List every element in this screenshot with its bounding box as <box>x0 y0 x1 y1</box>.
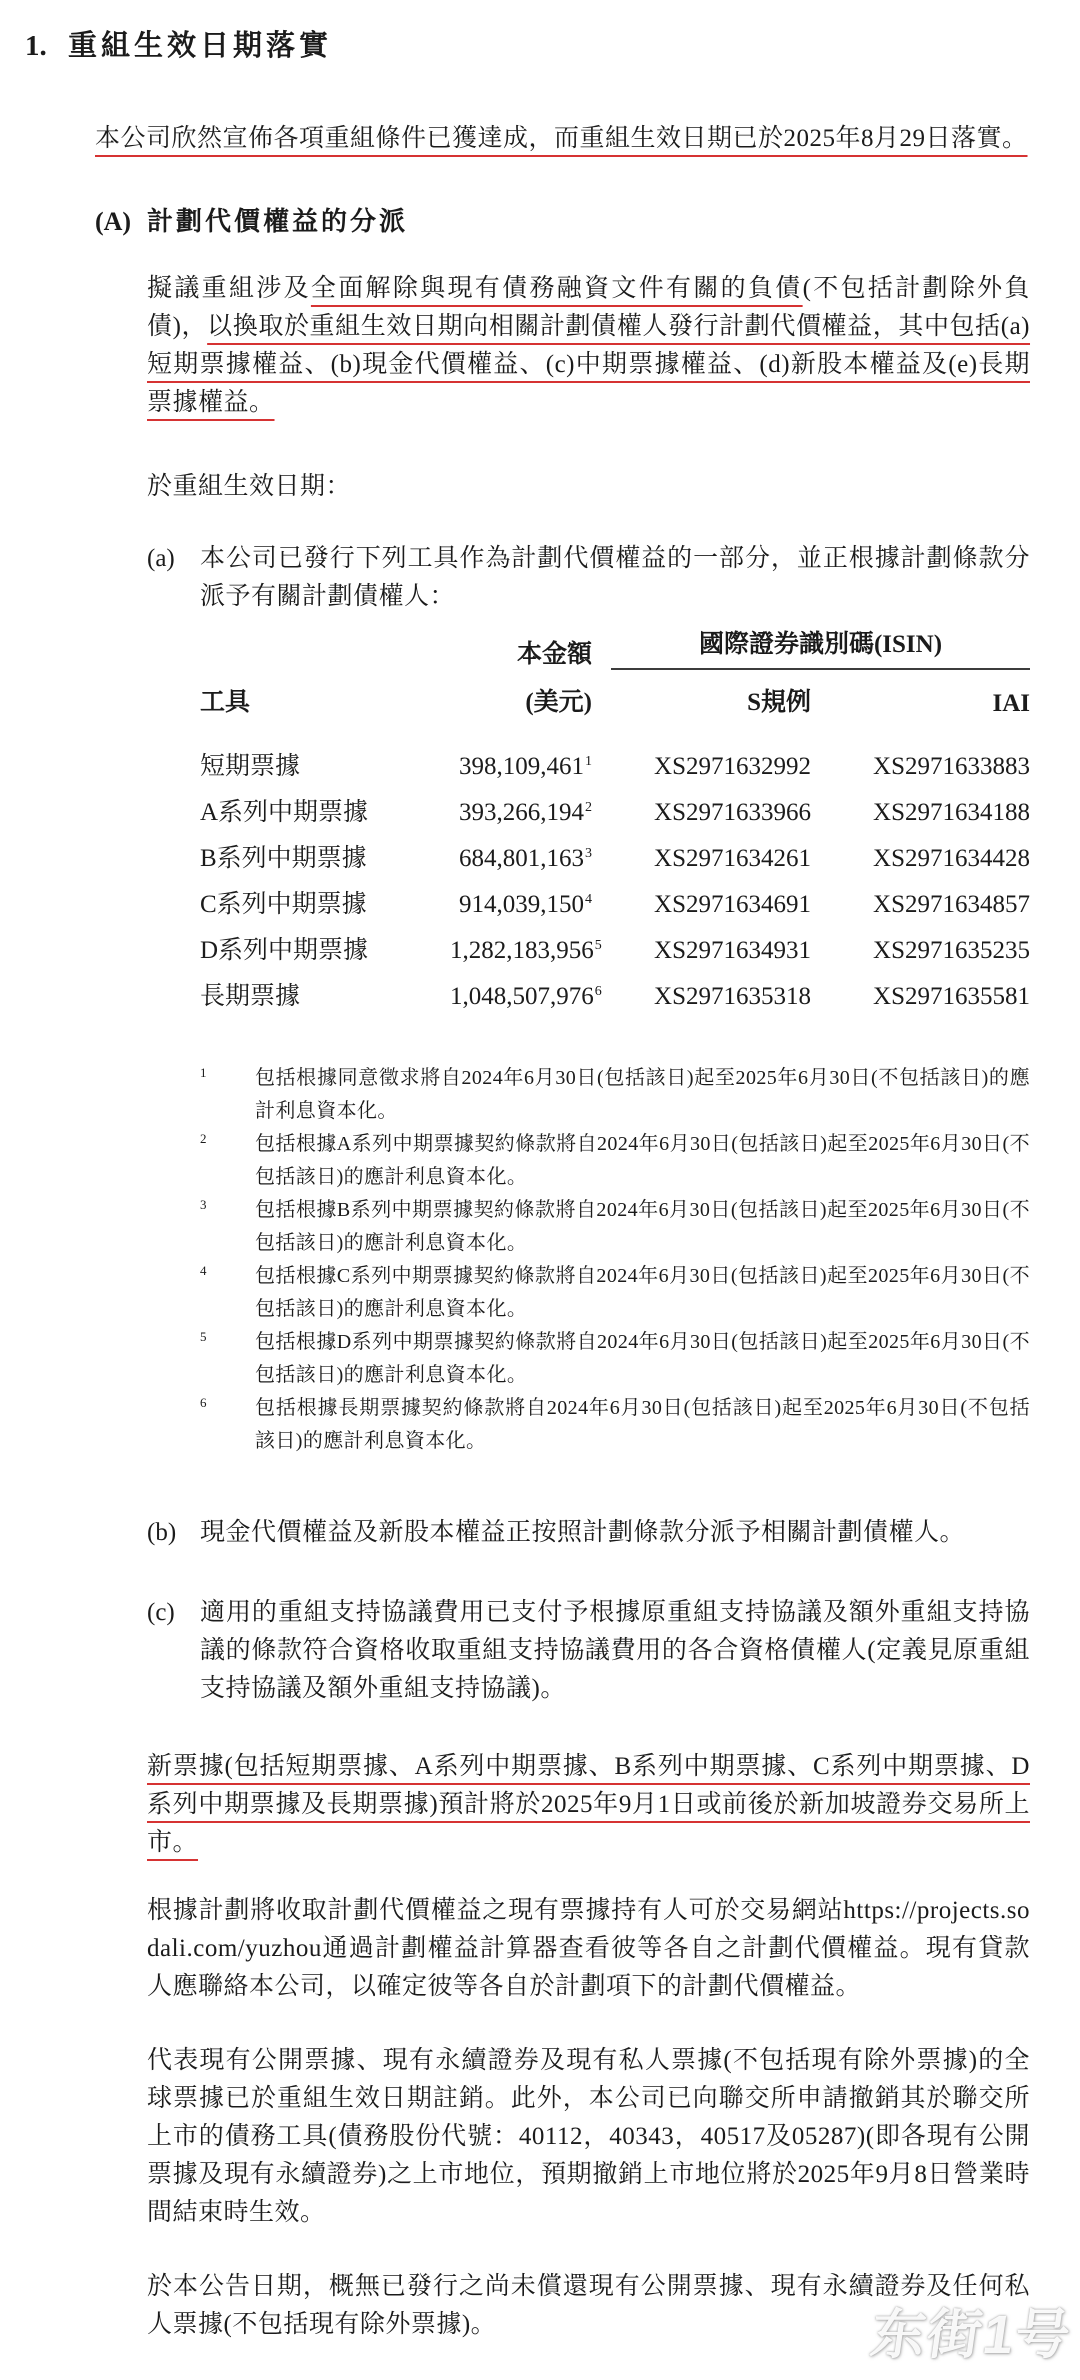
subsection-a-title: 計劃代價權益的分派 <box>147 202 408 242</box>
intro-underlined-text: 本公司欣然宣佈各項重組條件已獲達成，而重組生效日期已於2025年8月29日落實。 <box>95 125 1028 152</box>
section-heading: 1. 重組生效日期落實 <box>25 26 1080 66</box>
website-text-pre: 根據計劃將收取計劃代價權益之現有票據持有人可於交易網站 <box>147 1897 843 1924</box>
isin-regs-cell: XS2971633966 <box>592 790 811 836</box>
principal-cell: 1,048,507,9766 <box>450 974 592 1020</box>
item-b: (b) 現金代價權益及新股本權益正按照計劃條款分派予相關計劃債權人。 <box>147 1514 1030 1552</box>
table-row: 長期票據 1,048,507,9766 XS2971635318 XS29716… <box>200 974 1030 1020</box>
instrument-cell: B系列中期票據 <box>200 836 450 882</box>
footnote-ref: 3 <box>585 846 592 861</box>
principal-cell: 398,109,4611 <box>450 744 592 790</box>
regs-column-header: S規例 <box>592 682 811 718</box>
footnote: 6 包括根據長期票據契約條款將自2024年6月30日(包括該日)起至2025年6… <box>200 1392 1030 1458</box>
instrument-cell: 短期票據 <box>200 744 450 790</box>
subsection-a-heading: (A) 計劃代價權益的分派 <box>95 202 1080 242</box>
principal-cell: 1,282,183,9565 <box>450 928 592 974</box>
instrument-column-header: 工具 <box>200 682 450 718</box>
para-plain-start: 擬議重組涉及 <box>147 275 311 302</box>
footnote-ref: 2 <box>585 800 592 815</box>
isin-regs-cell: XS2971634261 <box>592 836 811 882</box>
item-c-marker: (c) <box>147 1594 200 1708</box>
footnote-number: 2 <box>200 1128 255 1194</box>
isin-iai-cell: XS2971633883 <box>811 744 1030 790</box>
footnote: 3 包括根據B系列中期票據契約條款將自2024年6月30日(包括該日)起至202… <box>200 1194 1030 1260</box>
footnote: 4 包括根據C系列中期票據契約條款將自2024年6月30日(包括該日)起至202… <box>200 1260 1030 1326</box>
principal-value: 398,109,461 <box>459 753 584 780</box>
principal-value: 1,282,183,956 <box>450 937 594 964</box>
footnote-number: 4 <box>200 1260 255 1326</box>
para-underlined-1: 全面解除與現有債務融資文件有關的負債 <box>311 275 803 302</box>
table-row: C系列中期票據 914,039,1504 XS2971634691 XS2971… <box>200 882 1030 928</box>
footnote-ref: 1 <box>585 754 592 769</box>
principal-value: 684,801,163 <box>459 845 584 872</box>
table-row: 短期票據 398,109,4611 XS2971632992 XS2971633… <box>200 744 1030 790</box>
principal-header-line2: (美元) <box>450 682 592 718</box>
table-body: 短期票據 398,109,4611 XS2971632992 XS2971633… <box>200 744 1030 1020</box>
footnote: 5 包括根據D系列中期票據契約條款將自2024年6月30日(包括該日)起至202… <box>200 1326 1030 1392</box>
footnote-text: 包括根據長期票據契約條款將自2024年6月30日(包括該日)起至2025年6月3… <box>255 1392 1030 1458</box>
instrument-cell: C系列中期票據 <box>200 882 450 928</box>
delisting-paragraph: 代表現有公開票據、現有永續證券及現有私人票據(不包括現有除外票據)的全球票據已於… <box>147 2042 1030 2232</box>
isin-group-header: 國際證券識別碼(ISIN) <box>611 624 1030 670</box>
footnote-number: 5 <box>200 1326 255 1392</box>
footnote-number: 1 <box>200 1062 255 1128</box>
isin-iai-cell: XS2971634188 <box>811 790 1030 836</box>
footnote-text: 包括根據同意徵求將自2024年6月30日(包括該日)起至2025年6月30日(不… <box>255 1062 1030 1128</box>
item-a-marker: (a) <box>147 540 200 616</box>
new-notes-underlined-text: 新票據(包括短期票據、A系列中期票據、B系列中期票據、C系列中期票據、D系列中期… <box>147 1753 1030 1856</box>
footnote-text: 包括根據B系列中期票據契約條款將自2024年6月30日(包括該日)起至2025年… <box>255 1194 1030 1260</box>
footnote-number: 3 <box>200 1194 255 1260</box>
footnotes: 1 包括根據同意徵求將自2024年6月30日(包括該日)起至2025年6月30日… <box>200 1062 1030 1458</box>
para-underlined-2: 以換取於重組生效日期向相關計劃債權人發行計劃代價權益，其中包括(a)短期票據權益… <box>147 313 1030 416</box>
isin-iai-cell: XS2971635581 <box>811 974 1030 1020</box>
item-a-text: 本公司已發行下列工具作為計劃代價權益的一部分，並正根據計劃條款分派予有關計劃債權… <box>200 540 1030 616</box>
instrument-cell: 長期票據 <box>200 974 450 1020</box>
iai-column-header: IAI <box>811 690 1030 718</box>
subsection-a-paragraph: 擬議重組涉及全面解除與現有債務融資文件有關的負債(不包括計劃除外負債)，以換取於… <box>147 270 1030 422</box>
document-page: 1. 重組生效日期落實 本公司欣然宣佈各項重組條件已獲達成，而重組生效日期已於2… <box>0 0 1080 2380</box>
principal-value: 1,048,507,976 <box>450 983 594 1010</box>
instrument-cell: A系列中期票據 <box>200 790 450 836</box>
item-b-text: 現金代價權益及新股本權益正按照計劃條款分派予相關計劃債權人。 <box>200 1514 1030 1552</box>
table-row: B系列中期票據 684,801,1633 XS2971634261 XS2971… <box>200 836 1030 882</box>
new-notes-listing-paragraph: 新票據(包括短期票據、A系列中期票據、B系列中期票據、C系列中期票據、D系列中期… <box>147 1748 1030 1862</box>
footnote: 2 包括根據A系列中期票據契約條款將自2024年6月30日(包括該日)起至202… <box>200 1128 1030 1194</box>
instruments-table: 本金額 國際證券識別碼(ISIN) 工具 (美元) S規例 IAI 短期票據 3… <box>200 628 1030 1020</box>
footnote-text: 包括根據D系列中期票據契約條款將自2024年6月30日(包括該日)起至2025年… <box>255 1326 1030 1392</box>
section-number: 1. <box>25 26 68 66</box>
principal-cell: 914,039,1504 <box>450 882 592 928</box>
item-b-marker: (b) <box>147 1514 200 1552</box>
principal-cell: 684,801,1633 <box>450 836 592 882</box>
principal-header-line1: 本金額 <box>200 634 592 670</box>
intro-paragraph: 本公司欣然宣佈各項重組條件已獲達成，而重組生效日期已於2025年8月29日落實。 <box>95 120 1030 158</box>
isin-iai-cell: XS2971634428 <box>811 836 1030 882</box>
instrument-cell: D系列中期票據 <box>200 928 450 974</box>
table-row: D系列中期票據 1,282,183,9565 XS2971634931 XS29… <box>200 928 1030 974</box>
effective-date-line: 於重組生效日期： <box>147 468 1030 506</box>
item-a: (a) 本公司已發行下列工具作為計劃代價權益的一部分，並正根據計劃條款分派予有關… <box>147 540 1030 616</box>
website-paragraph: 根據計劃將收取計劃代價權益之現有票據持有人可於交易網站https://proje… <box>147 1892 1030 2006</box>
isin-regs-cell: XS2971632992 <box>592 744 811 790</box>
isin-regs-cell: XS2971635318 <box>592 974 811 1020</box>
principal-value: 393,266,194 <box>459 799 584 826</box>
item-c-text: 適用的重組支持協議費用已支付予根據原重組支持協議及額外重組支持協議的條款符合資格… <box>200 1594 1030 1708</box>
principal-value: 914,039,150 <box>459 891 584 918</box>
final-paragraph: 於本公告日期，概無已發行之尚未償還現有公開票據、現有永續證券及任何私人票據(不包… <box>147 2268 1030 2344</box>
isin-regs-cell: XS2971634691 <box>592 882 811 928</box>
footnote-number: 6 <box>200 1392 255 1458</box>
footnote: 1 包括根據同意徵求將自2024年6月30日(包括該日)起至2025年6月30日… <box>200 1062 1030 1128</box>
table-row: A系列中期票據 393,266,1942 XS2971633966 XS2971… <box>200 790 1030 836</box>
table-header-row-2: 工具 (美元) S規例 IAI <box>200 670 1030 720</box>
isin-iai-cell: XS2971634857 <box>811 882 1030 928</box>
subsection-a-marker: (A) <box>95 202 147 242</box>
isin-iai-cell: XS2971635235 <box>811 928 1030 974</box>
principal-cell: 393,266,1942 <box>450 790 592 836</box>
item-c: (c) 適用的重組支持協議費用已支付予根據原重組支持協議及額外重組支持協議的條款… <box>147 1594 1030 1708</box>
footnote-text: 包括根據A系列中期票據契約條款將自2024年6月30日(包括該日)起至2025年… <box>255 1128 1030 1194</box>
isin-regs-cell: XS2971634931 <box>592 928 811 974</box>
table-header-row-1: 本金額 國際證券識別碼(ISIN) <box>200 628 1030 670</box>
footnote-ref: 4 <box>585 892 592 907</box>
footnote-text: 包括根據C系列中期票據契約條款將自2024年6月30日(包括該日)起至2025年… <box>255 1260 1030 1326</box>
section-title: 重組生效日期落實 <box>68 26 332 66</box>
